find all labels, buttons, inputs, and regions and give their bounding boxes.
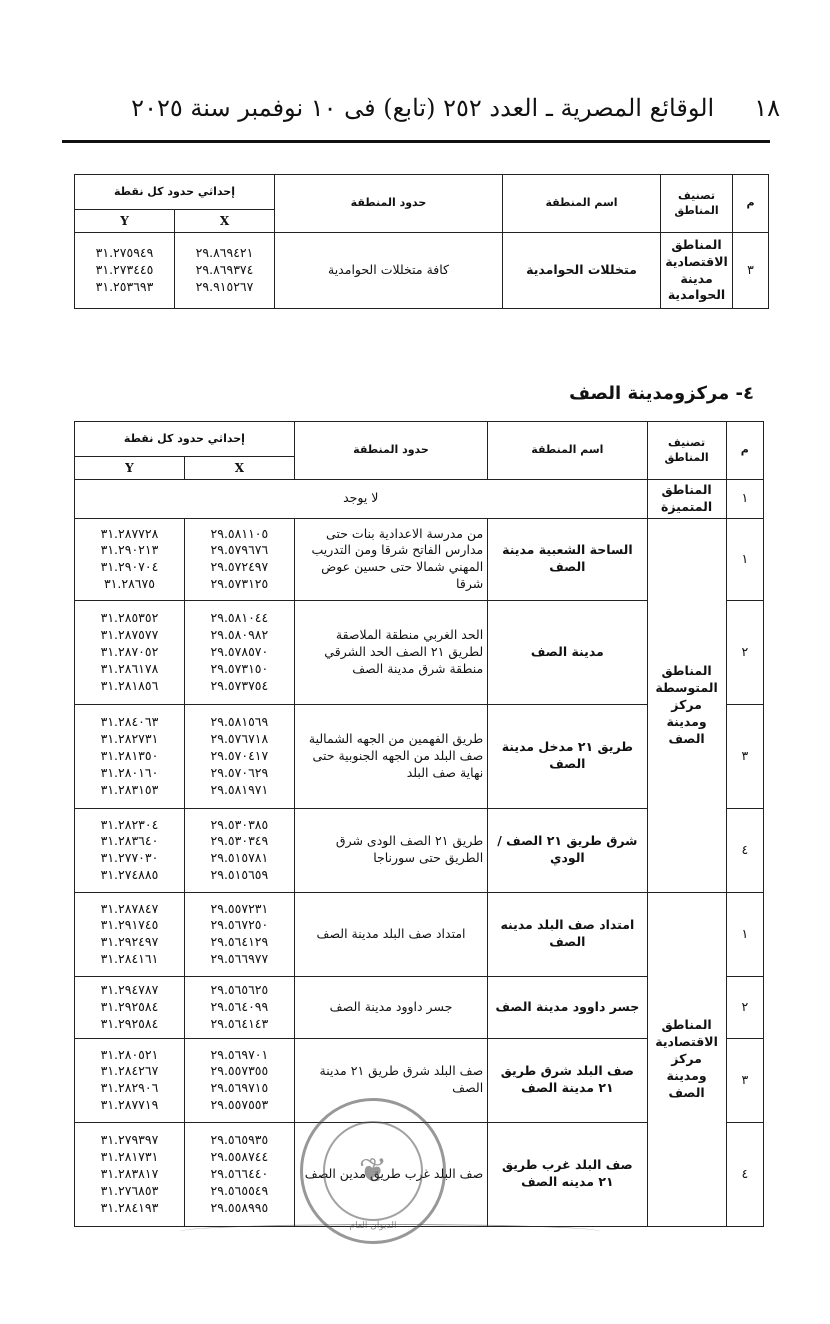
- y-value: ٣١.٢٨٣١٥٣: [79, 782, 180, 799]
- row-boundaries: من مدرسة الاعدادية بنات حتى مدارس الفاتح…: [294, 518, 487, 600]
- col-classification: تصنيف المناطق: [647, 422, 726, 480]
- x-value: ٢٩.٥٧٣٧٥٤: [189, 678, 290, 695]
- row-classification: المناطق الاقتصادية مركز ومدينة الصف: [647, 892, 726, 1226]
- y-value: ٣١.٢٨١٣٥٠: [79, 748, 180, 765]
- x-value: ٢٩.٥٦٤١٤٣: [189, 1016, 290, 1033]
- x-value: ٢٩.٥٦٥٦٢٥: [189, 982, 290, 999]
- row-x: ٢٩.٥٨١٥٦٩ ٢٩.٥٧٦٧١٨ ٢٩.٥٧٠٤١٧ ٢٩.٥٧٠٦٢٩ …: [184, 704, 294, 808]
- y-value: ٣١.٢٩١٧٤٥: [79, 917, 180, 934]
- row-zone-name: امتداد صف البلد مدينه الصف: [488, 892, 647, 976]
- row-index: ٣: [733, 233, 769, 309]
- x-value: ٢٩.٥١٥٦٥٩: [189, 867, 290, 884]
- x-value: ٢٩.٥٦٥٥٤٩: [189, 1183, 290, 1200]
- col-zone-name: اسم المنطقة: [488, 422, 647, 480]
- row-classification: المناطق الاقتصادية مدينة الحوامدية: [661, 233, 733, 309]
- col-boundaries: حدود المنطقة: [275, 175, 503, 233]
- row-y: ٣١.٢٨٧٧٢٨ ٣١.٢٩٠٢١٣ ٣١.٢٩٠٧٠٤ ٣١.٢٨٦٧٥: [75, 518, 185, 600]
- eagle-emblem-icon: ❦: [323, 1121, 423, 1221]
- x-value: ٢٩.٥٦٥٩٣٥: [189, 1132, 290, 1149]
- y-value: ٣١.٢٨٤٢٦٧: [79, 1063, 180, 1080]
- row-index: ٤: [726, 808, 763, 892]
- row-x: ٢٩.٥٥٧٢٣١ ٢٩.٥٦٧٢٥٠ ٢٩.٥٦٤١٢٩ ٢٩.٥٦٦٩٧٧: [184, 892, 294, 976]
- y-value: ٣١.٢٨٢٩٠٦: [79, 1080, 180, 1097]
- row-x: ٢٩.٥٣٠٣٨٥ ٢٩.٥٣٠٣٤٩ ٢٩.٥١٥٧٨١ ٢٩.٥١٥٦٥٩: [184, 808, 294, 892]
- row-y: ٣١.٢٨٥٣٥٢ ٣١.٢٨٧٥٧٧ ٣١.٢٨٧٠٥٢ ٣١.٢٨٦١٧٨ …: [75, 600, 185, 704]
- x-value: ٢٩.٥٥٨٩٩٥: [189, 1200, 290, 1217]
- row-zone-name: شرق طريق ٢١ الصف / الودي: [488, 808, 647, 892]
- y-value: ٣١.٢٨٤١٦١: [79, 951, 180, 968]
- x-value: ٢٩.٥٦٩٧٠١: [189, 1047, 290, 1064]
- y-value: ٣١.٢٩٢٤٩٧: [79, 934, 180, 951]
- x-value: ٢٩.٥٧٦٧١٨: [189, 731, 290, 748]
- y-value: ٣١.٢٨٤١٩٣: [79, 1200, 180, 1217]
- y-value: ٣١.٢٨٧٠٥٢: [79, 644, 180, 661]
- y-value: ٣١.٢٨٦٧٥: [79, 576, 180, 593]
- row-index: ٣: [726, 1038, 763, 1122]
- row-boundaries: طريق الفهمين من الجهه الشمالية صف البلد …: [294, 704, 487, 808]
- y-value: ٣١.٢٧٩٣٩٧: [79, 1132, 180, 1149]
- signature-mark: [180, 1224, 600, 1239]
- row-index: ١: [726, 892, 763, 976]
- y-value: ٣١.٢٨٣٨١٧: [79, 1166, 180, 1183]
- x-value: ٢٩.٥٨١١٠٥: [189, 526, 290, 543]
- x-value: ٢٩.٥٥٧٢٣١: [189, 901, 290, 918]
- y-value: ٣١.٢٨٣٦٤٠: [79, 833, 180, 850]
- row-boundaries: كافة متخللات الحوامدية: [275, 233, 503, 309]
- col-coordinates: إحداثي حدود كل نقطة: [75, 175, 275, 210]
- y-value: ٣١.٢٨٦١٧٨: [79, 661, 180, 678]
- page-number: ١٨: [754, 94, 780, 122]
- y-value: ٣١.٢٨١٧٣١: [79, 1149, 180, 1166]
- col-x: X: [184, 457, 294, 480]
- table-row: ١ المناطق المتوسطة مركز ومدينة الصف السا…: [75, 518, 764, 600]
- y-value: ٣١.٢٨١٨٥٦: [79, 678, 180, 695]
- row-x: ٢٩.٥٦٥٩٣٥ ٢٩.٥٥٨٧٤٤ ٢٩.٥٦٦٤٤٠ ٢٩.٥٦٥٥٤٩ …: [184, 1122, 294, 1226]
- row-zone-name: مدينة الصف: [488, 600, 647, 704]
- y-value: ٣١.٢٨٧٨٤٧: [79, 901, 180, 918]
- row-boundaries: طريق ٢١ الصف الودى شرق الطريق حتى سورناج…: [294, 808, 487, 892]
- x-value: ٢٩.٥٦٤٠٩٩: [189, 999, 290, 1016]
- y-value: ٣١.٢٧٤٨٨٥: [79, 867, 180, 884]
- y-value: ٣١.٢٧٥٩٤٩: [79, 245, 170, 262]
- x-value: ٢٩.٥٦٦٩٧٧: [189, 951, 290, 968]
- x-value: ٢٩.٥٧٨٥٧٠: [189, 644, 290, 661]
- y-value: ٣١.٢٨٠١٦٠: [79, 765, 180, 782]
- table-row: ٣ المناطق الاقتصادية مدينة الحوامدية متخ…: [75, 233, 769, 309]
- y-value: ٣١.٢٨٥٣٥٢: [79, 610, 180, 627]
- y-value: ٣١.٢٨٧٥٧٧: [79, 627, 180, 644]
- row-boundaries: امتداد صف البلد مدينة الصف: [294, 892, 487, 976]
- row-zone-name: جسر داوود مدينة الصف: [488, 976, 647, 1038]
- x-value: ٢٩.٥٧٣١٥٠: [189, 661, 290, 678]
- col-y: Y: [75, 210, 175, 233]
- col-boundaries: حدود المنطقة: [294, 422, 487, 480]
- saff-table: م تصنيف المناطق اسم المنطقة حدود المنطقة…: [74, 421, 764, 1227]
- y-value: ٣١.٢٩٠٢١٣: [79, 542, 180, 559]
- y-value: ٣١.٢٧٧٠٣٠: [79, 850, 180, 867]
- row-y: ٣١.٢٨٠٥٢١ ٣١.٢٨٤٢٦٧ ٣١.٢٨٢٩٠٦ ٣١.٢٨٧٧١٩: [75, 1038, 185, 1122]
- y-value: ٣١.٢٧٦٨٥٣: [79, 1183, 180, 1200]
- col-index: م: [733, 175, 769, 233]
- row-y: ٣١.٢٩٤٧٨٧ ٣١.٢٩٢٥٨٤ ٣١.٢٩٢٥٨٤: [75, 976, 185, 1038]
- row-y: ٣١.٢٨٧٨٤٧ ٣١.٢٩١٧٤٥ ٣١.٢٩٢٤٩٧ ٣١.٢٨٤١٦١: [75, 892, 185, 976]
- y-value: ٣١.٢٩٠٧٠٤: [79, 559, 180, 576]
- row-x: ٢٩.٥٦٩٧٠١ ٢٩.٥٥٧٣٥٥ ٢٩.٥٦٩٧١٥ ٢٩.٥٥٧٥٥٣: [184, 1038, 294, 1122]
- y-value: ٣١.٢٨٢٣٠٤: [79, 817, 180, 834]
- row-zone-name: الساحة الشعبية مدينة الصف: [488, 518, 647, 600]
- row-x: ٢٩.٥٨١٠٤٤ ٢٩.٥٨٠٩٨٢ ٢٩.٥٧٨٥٧٠ ٢٩.٥٧٣١٥٠ …: [184, 600, 294, 704]
- col-x: X: [175, 210, 275, 233]
- x-value: ٢٩.٥٥٧٥٥٣: [189, 1097, 290, 1114]
- y-value: ٣١.٢٨٧٧٢٨: [79, 526, 180, 543]
- x-value: ٢٩.٥٥٨٧٤٤: [189, 1149, 290, 1166]
- official-seal-stamp: ❦ الديوان العام: [300, 1098, 446, 1244]
- row-boundaries: جسر داوود مدينة الصف: [294, 976, 487, 1038]
- row-y: ٣١.٢٧٥٩٤٩ ٣١.٢٧٣٤٤٥ ٣١.٢٥٣٦٩٣: [75, 233, 175, 309]
- x-value: ٢٩.٥٧٠٤١٧: [189, 748, 290, 765]
- col-classification: تصنيف المناطق: [661, 175, 733, 233]
- x-value: ٢٩.٥٦٧٢٥٠: [189, 917, 290, 934]
- row-index: ١: [726, 518, 763, 600]
- x-value: ٢٩.٥٦٤١٢٩: [189, 934, 290, 951]
- x-value: ٢٩.٥٥٧٣٥٥: [189, 1063, 290, 1080]
- x-value: ٢٩.٥٦٦٤٤٠: [189, 1166, 290, 1183]
- x-value: ٢٩.٨٦٩٤٢١: [179, 245, 270, 262]
- row-classification: المناطق المتوسطة مركز ومدينة الصف: [647, 518, 726, 892]
- table-row: ١ المناطق المتميزة لا يوجد: [75, 480, 764, 519]
- x-value: ٢٩.٥٧٠٦٢٩: [189, 765, 290, 782]
- row-index: ٢: [726, 600, 763, 704]
- x-value: ٢٩.٥٧٢٤٩٧: [189, 559, 290, 576]
- x-value: ٢٩.٥٦٩٧١٥: [189, 1080, 290, 1097]
- y-value: ٣١.٢٩٢٥٨٤: [79, 999, 180, 1016]
- x-value: ٢٩.٥٨١٩٧١: [189, 782, 290, 799]
- row-zone-name: صف البلد غرب طريق ٢١ مدينه الصف: [488, 1122, 647, 1226]
- row-index: ٢: [726, 976, 763, 1038]
- y-value: ٣١.٢٩٤٧٨٧: [79, 982, 180, 999]
- row-zone-name: صف البلد شرق طريق ٢١ مدينة الصف: [488, 1038, 647, 1122]
- row-boundaries: الحد الغربي منطقة الملاصقة لطريق ٢١ الصف…: [294, 600, 487, 704]
- x-value: ٢٩.٥٨١٥٦٩: [189, 714, 290, 731]
- col-zone-name: اسم المنطقة: [503, 175, 661, 233]
- x-value: ٢٩.٥٨٠٩٨٢: [189, 627, 290, 644]
- row-zone-name: طريق ٢١ مدخل مدينة الصف: [488, 704, 647, 808]
- row-y: ٣١.٢٨٤٠٦٣ ٣١.٢٨٢٧٣١ ٣١.٢٨١٣٥٠ ٣١.٢٨٠١٦٠ …: [75, 704, 185, 808]
- header-rule: [62, 140, 770, 143]
- row-index: ٣: [726, 704, 763, 808]
- page-header: ١٨ الوقائع المصرية ـ العدد ٢٥٢ (تابع) فى…: [100, 88, 780, 128]
- y-value: ٣١.٢٥٣٦٩٣: [79, 279, 170, 296]
- y-value: ٣١.٢٨٧٧١٩: [79, 1097, 180, 1114]
- y-value: ٣١.٢٨٤٠٦٣: [79, 714, 180, 731]
- col-coordinates: إحداثي حدود كل نقطة: [75, 422, 295, 457]
- row-x: ٢٩.٥٦٥٦٢٥ ٢٩.٥٦٤٠٩٩ ٢٩.٥٦٤١٤٣: [184, 976, 294, 1038]
- y-value: ٣١.٢٨٠٥٢١: [79, 1047, 180, 1064]
- section-title: ٤- مركزومدينة الصف: [569, 383, 754, 404]
- row-index: ٤: [726, 1122, 763, 1226]
- y-value: ٣١.٢٨٢٧٣١: [79, 731, 180, 748]
- x-value: ٢٩.٥١٥٧٨١: [189, 850, 290, 867]
- x-value: ٢٩.٥٣٠٣٨٥: [189, 817, 290, 834]
- x-value: ٢٩.٥٧٩٦٧٦: [189, 542, 290, 559]
- hawamdeya-table: م تصنيف المناطق اسم المنطقة حدود المنطقة…: [74, 174, 769, 309]
- row-x: ٢٩.٥٨١١٠٥ ٢٩.٥٧٩٦٧٦ ٢٩.٥٧٢٤٩٧ ٢٩.٥٧٣١٢٥: [184, 518, 294, 600]
- x-value: ٢٩.٩١٥٢٦٧: [179, 279, 270, 296]
- gazette-title: الوقائع المصرية ـ العدد ٢٥٢ (تابع) فى ١٠…: [131, 94, 714, 122]
- x-value: ٢٩.٥٣٠٣٤٩: [189, 833, 290, 850]
- row-zone-name: متخللات الحوامدية: [503, 233, 661, 309]
- row-index: ١: [726, 480, 763, 519]
- table-row: ١ المناطق الاقتصادية مركز ومدينة الصف ام…: [75, 892, 764, 976]
- row-y: ٣١.٢٨٢٣٠٤ ٣١.٢٨٣٦٤٠ ٣١.٢٧٧٠٣٠ ٣١.٢٧٤٨٨٥: [75, 808, 185, 892]
- row-classification: المناطق المتميزة: [647, 480, 726, 519]
- x-value: ٢٩.٥٧٣١٢٥: [189, 576, 290, 593]
- row-y: ٣١.٢٧٩٣٩٧ ٣١.٢٨١٧٣١ ٣١.٢٨٣٨١٧ ٣١.٢٧٦٨٥٣ …: [75, 1122, 185, 1226]
- none-value: لا يوجد: [75, 480, 648, 519]
- y-value: ٣١.٢٧٣٤٤٥: [79, 262, 170, 279]
- col-index: م: [726, 422, 763, 480]
- row-x: ٢٩.٨٦٩٤٢١ ٢٩.٨٦٩٣٧٤ ٢٩.٩١٥٢٦٧: [175, 233, 275, 309]
- x-value: ٢٩.٥٨١٠٤٤: [189, 610, 290, 627]
- y-value: ٣١.٢٩٢٥٨٤: [79, 1016, 180, 1033]
- col-y: Y: [75, 457, 185, 480]
- x-value: ٢٩.٨٦٩٣٧٤: [179, 262, 270, 279]
